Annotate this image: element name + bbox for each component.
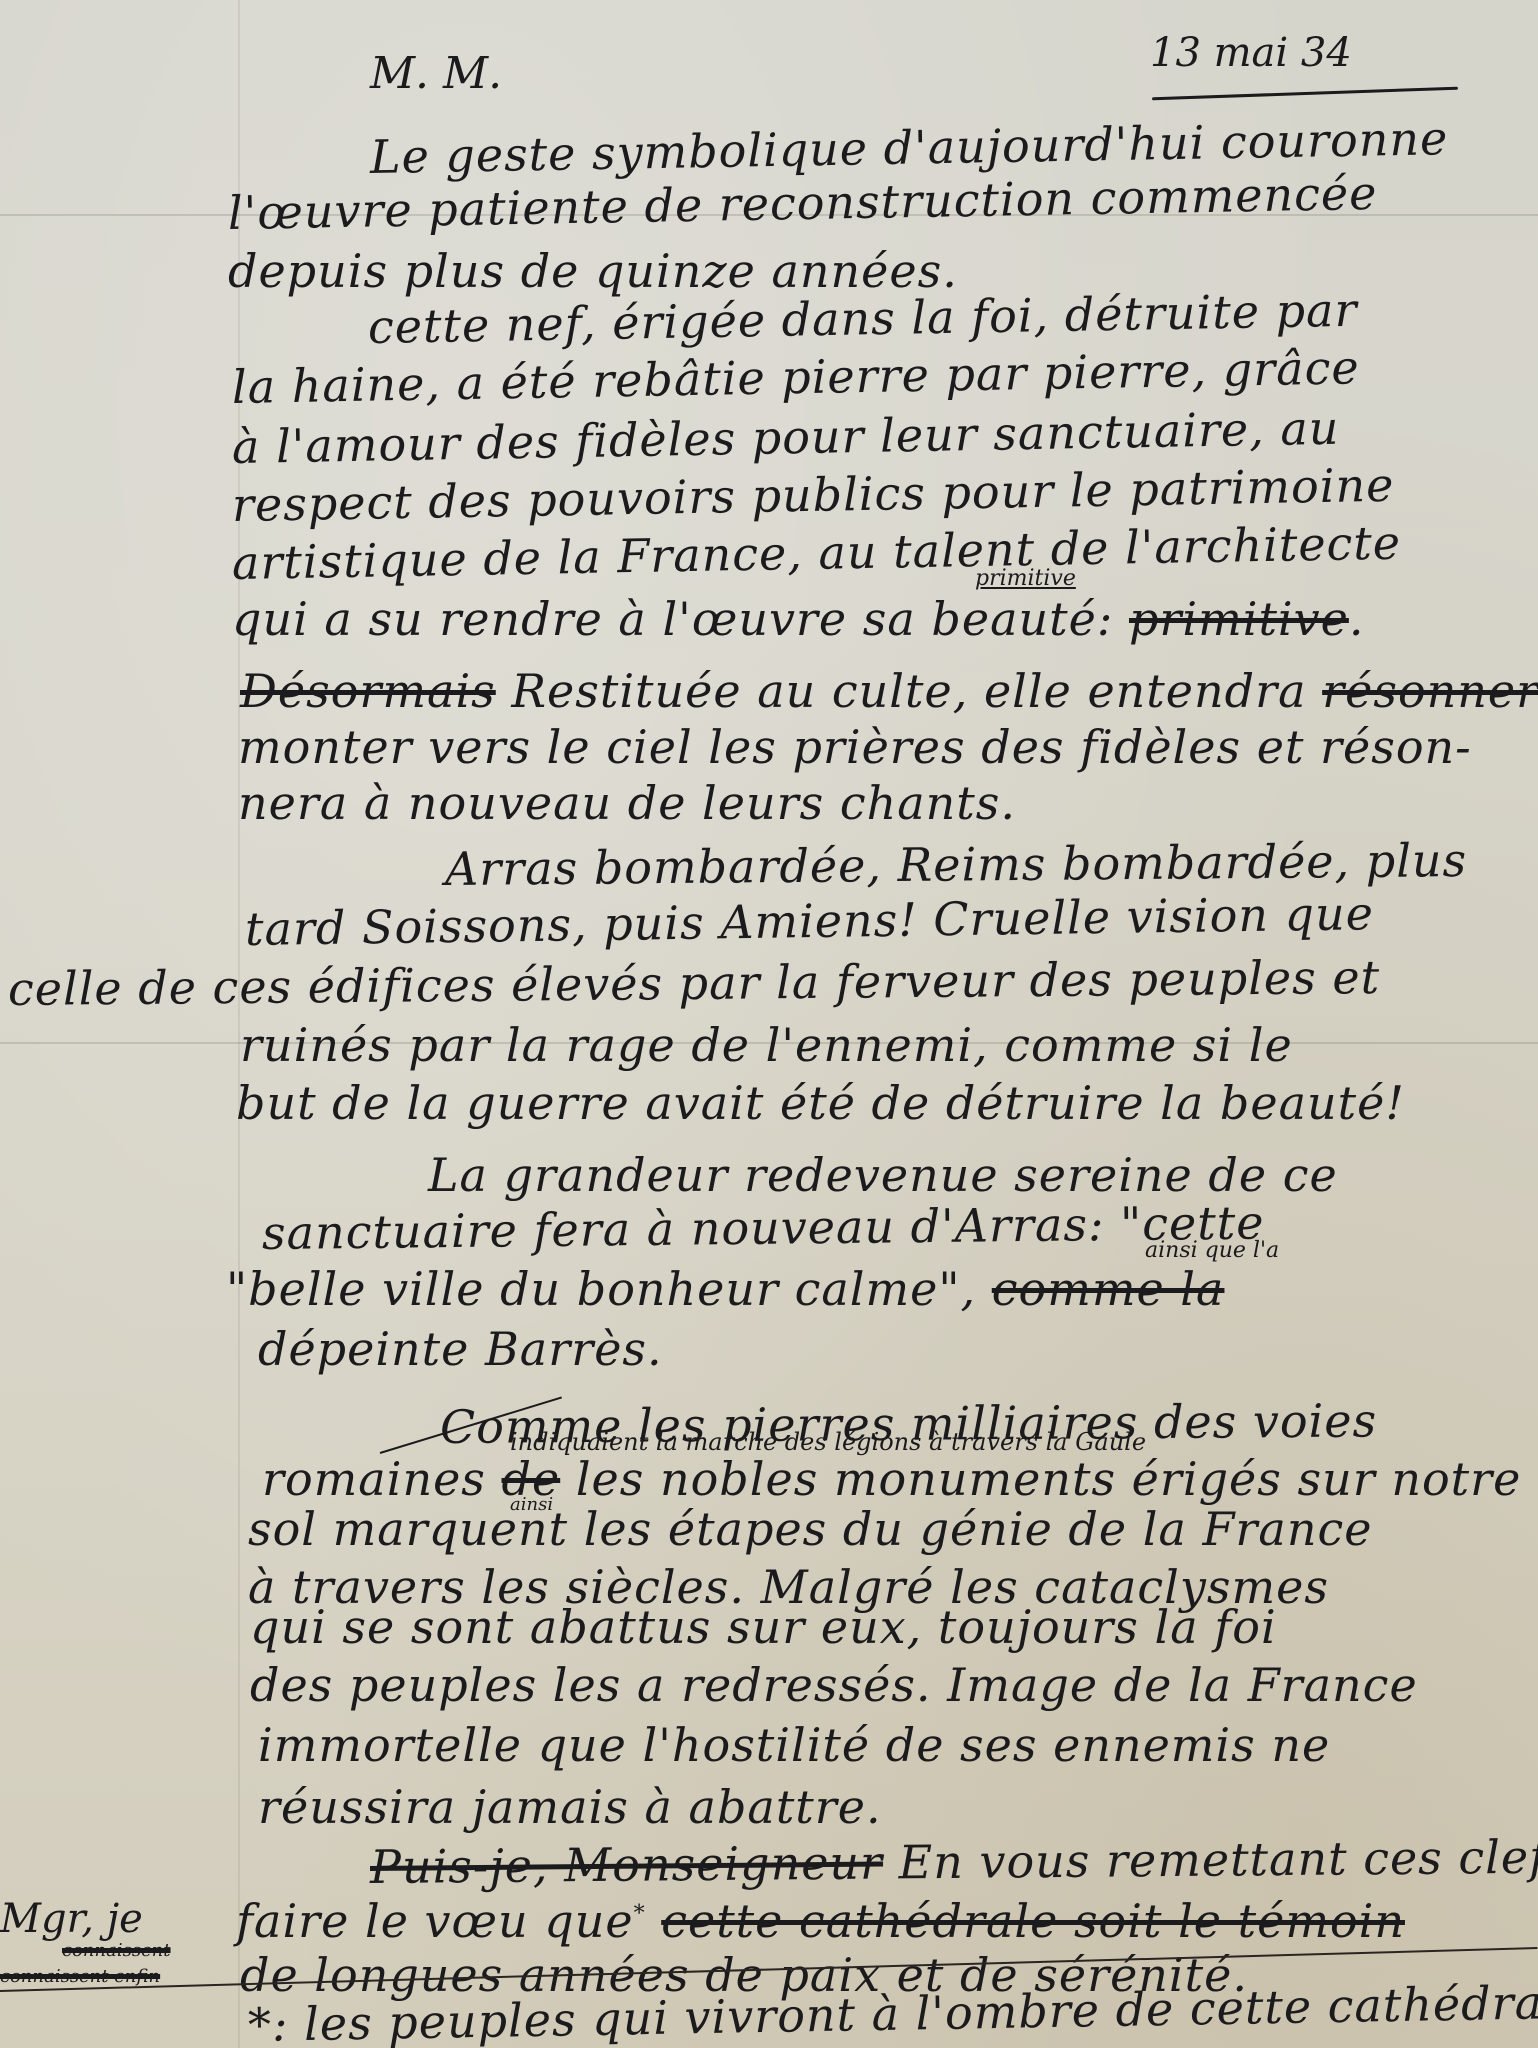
paragraph-2-line: qui a su rendre à l'œuvre sa beauté: pri…: [232, 592, 1364, 646]
struck-word: primitive: [1129, 592, 1349, 646]
header-initials: M. M.: [370, 48, 502, 99]
interlinear-insertion: ainsi que l'a: [1145, 1238, 1279, 1263]
margin-note: Mgr, je: [0, 1896, 143, 1942]
paragraph-3-line: Désormais Restituée au culte, elle enten…: [240, 664, 1538, 718]
paragraph-5-line: dépeinte Barrès.: [258, 1322, 663, 1376]
closing-line: Puis-je, Monseigneur En vous remettant c…: [370, 1829, 1538, 1894]
paragraph-4-line: tard Soissons, puis Amiens! Cruelle visi…: [245, 886, 1375, 956]
paragraph-6-line: immortelle que l'hostilité de ses ennemi…: [258, 1718, 1330, 1772]
paragraph-4-line: but de la guerre avait été de détruire l…: [236, 1076, 1405, 1130]
paragraph-1-line: depuis plus de quinze années.: [228, 244, 958, 298]
paragraph-6-line: romaines de les nobles monuments érigés …: [262, 1452, 1521, 1506]
closing-line: faire le vœu que* cette cathédrale soit …: [236, 1894, 1405, 1948]
margin-note-insertion: connaissent: [62, 1940, 171, 1961]
struck-word: Désormais: [240, 664, 496, 718]
paragraph-3-line: nera à nouveau de leurs chants.: [238, 776, 1016, 830]
paragraph-4-line: celle de ces édifices élevés par la ferv…: [8, 950, 1381, 1016]
paragraph-4-line: ruinés par la rage de l'ennemi, comme si…: [240, 1018, 1293, 1072]
paragraph-5-line: La grandeur redevenue sereine de ce: [428, 1148, 1338, 1202]
header-date: 13 mai 34: [1150, 30, 1352, 76]
date-underline: [1152, 87, 1458, 101]
interlinear-insertion: primitive: [975, 566, 1076, 591]
paragraph-6-line: des peuples les a redressés. Image de la…: [250, 1658, 1418, 1712]
paragraph-6-line: sol marquent les étapes du génie de la F…: [248, 1502, 1372, 1556]
paragraph-5-line: "belle ville du bonheur calme", comme la: [226, 1262, 1224, 1316]
struck-word: comme la: [992, 1262, 1225, 1316]
paragraph-5-line: sanctuaire fera à nouveau d'Arras: "cett…: [262, 1196, 1265, 1260]
paragraph-3-line: monter vers le ciel les prières des fidè…: [238, 720, 1472, 774]
struck-phrase: cette cathédrale soit le témoin: [661, 1894, 1405, 1948]
letter-page: M. M. 13 mai 34 Le geste symbolique d'au…: [0, 0, 1538, 2048]
paragraph-6-line: qui se sont abattus sur eux, toujours la…: [250, 1600, 1277, 1654]
paragraph-6-line: réussira jamais à abattre.: [258, 1780, 882, 1834]
line-text: qui a su rendre à l'œuvre sa beauté:: [232, 592, 1113, 646]
margin-note-insertion: connaissent enfin: [0, 1966, 160, 1987]
struck-phrase: Puis-je, Monseigneur: [370, 1836, 883, 1894]
struck-word: résonner: [1322, 664, 1538, 718]
